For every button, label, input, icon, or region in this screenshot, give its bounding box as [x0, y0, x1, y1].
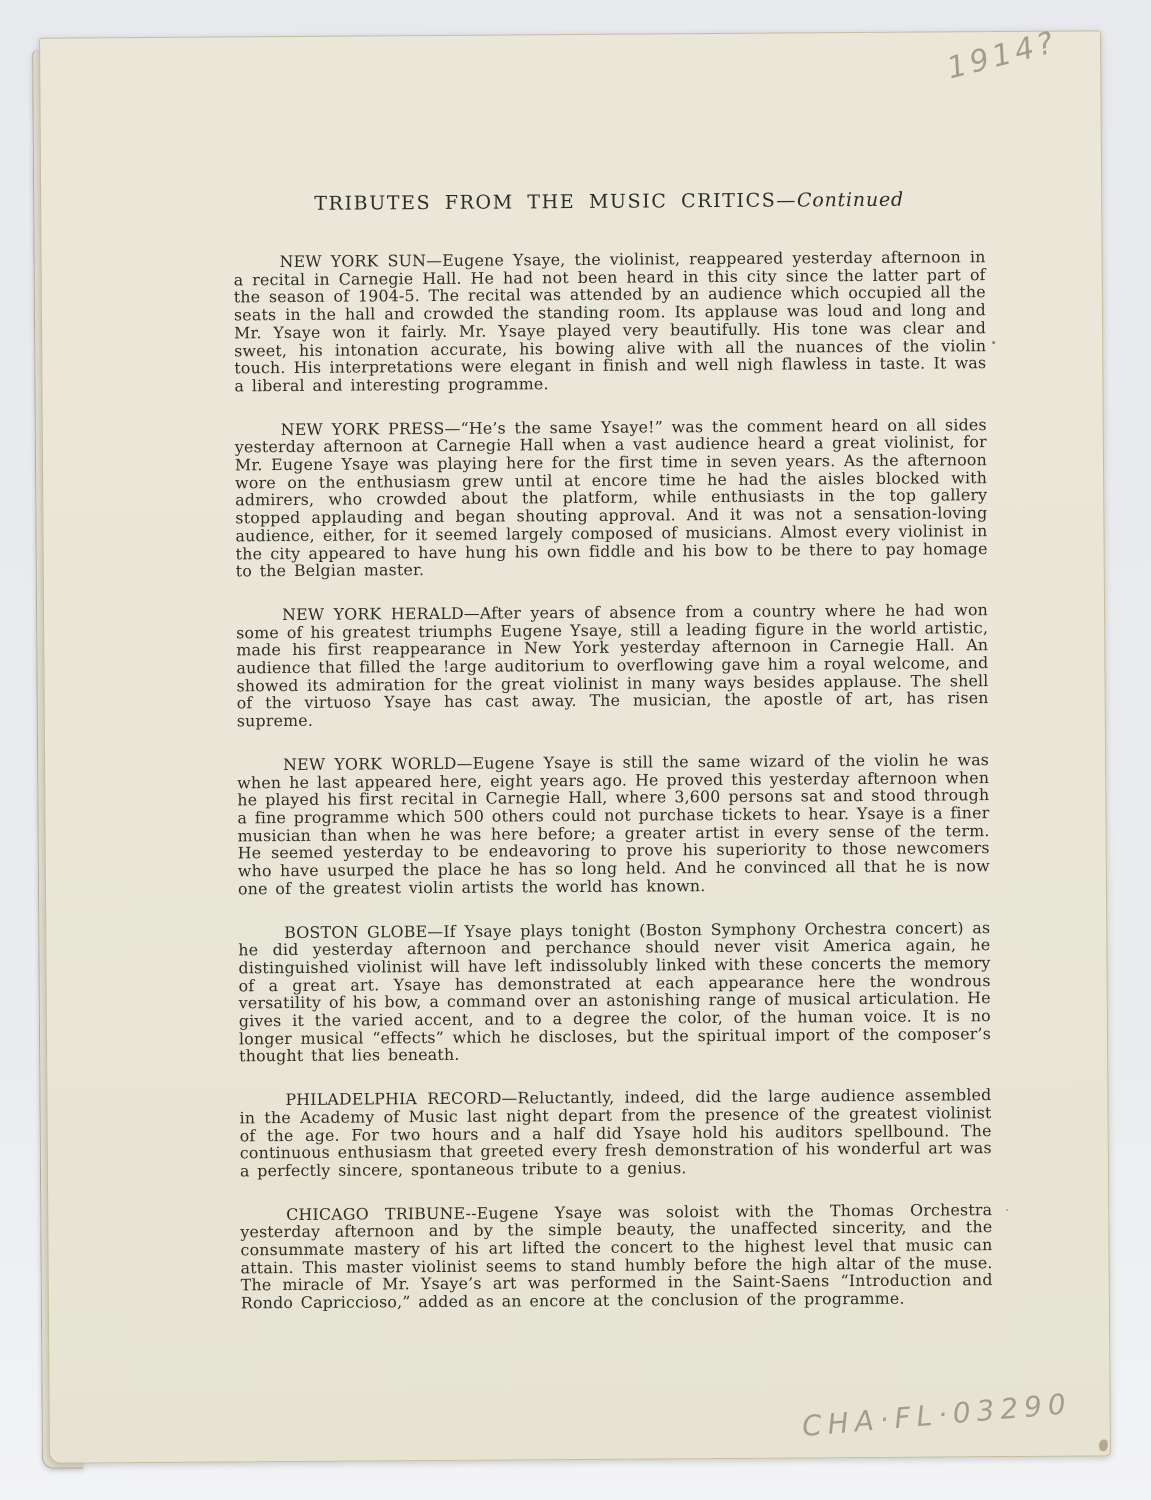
paper-speck — [1006, 1209, 1008, 1211]
tribute-new-york-herald: NEW YORK HERALD—After years of absence f… — [236, 601, 989, 730]
tribute-chicago-tribune: CHICAGO TRIBUNE--Eugene Ysaye was solois… — [240, 1201, 993, 1312]
tribute-new-york-world: NEW YORK WORLD—Eugene Ysaye is still the… — [237, 751, 990, 898]
tribute-body: —Eugene Ysaye, the violinist, reappeared… — [234, 247, 987, 395]
paper-speck — [992, 341, 995, 344]
paper-page: 1914? TRIBUTES FROM THE MUSIC CRITICS—Co… — [39, 30, 1111, 1463]
page-title-main: TRIBUTES FROM THE MUSIC CRITICS— — [314, 189, 797, 214]
paper-corner-stain — [1099, 1439, 1108, 1451]
scan-viewport: 1914? TRIBUTES FROM THE MUSIC CRITICS—Co… — [0, 0, 1151, 1500]
page-title: TRIBUTES FROM THE MUSIC CRITICS—Continue… — [233, 188, 985, 215]
tribute-new-york-sun: NEW YORK SUN—Eugene Ysaye, the violinist… — [234, 248, 987, 395]
tribute-philadelphia-record: PHILADELPHIA RECORD—Reluctantly, indeed,… — [239, 1086, 992, 1180]
text-column: TRIBUTES FROM THE MUSIC CRITICS—Continue… — [232, 32, 993, 1338]
tribute-body: —Eugene Ysaye is still the same wizard o… — [237, 750, 990, 898]
tribute-new-york-press: NEW YORK PRESS—“He’s the same Ysaye!” wa… — [235, 416, 988, 581]
pencil-annotation-catalog-number: CHA·FL·03290 — [801, 1387, 1073, 1443]
tribute-body: —“He’s the same Ysaye!” was the comment … — [235, 415, 988, 581]
tribute-body: —If Ysaye plays tonight (Boston Symphony… — [238, 918, 991, 1066]
page-title-continued: Continued — [797, 189, 904, 212]
document-scan: 1914? TRIBUTES FROM THE MUSIC CRITICS—Co… — [0, 0, 1151, 1500]
tribute-boston-globe: BOSTON GLOBE—If Ysaye plays tonight (Bos… — [238, 919, 991, 1066]
